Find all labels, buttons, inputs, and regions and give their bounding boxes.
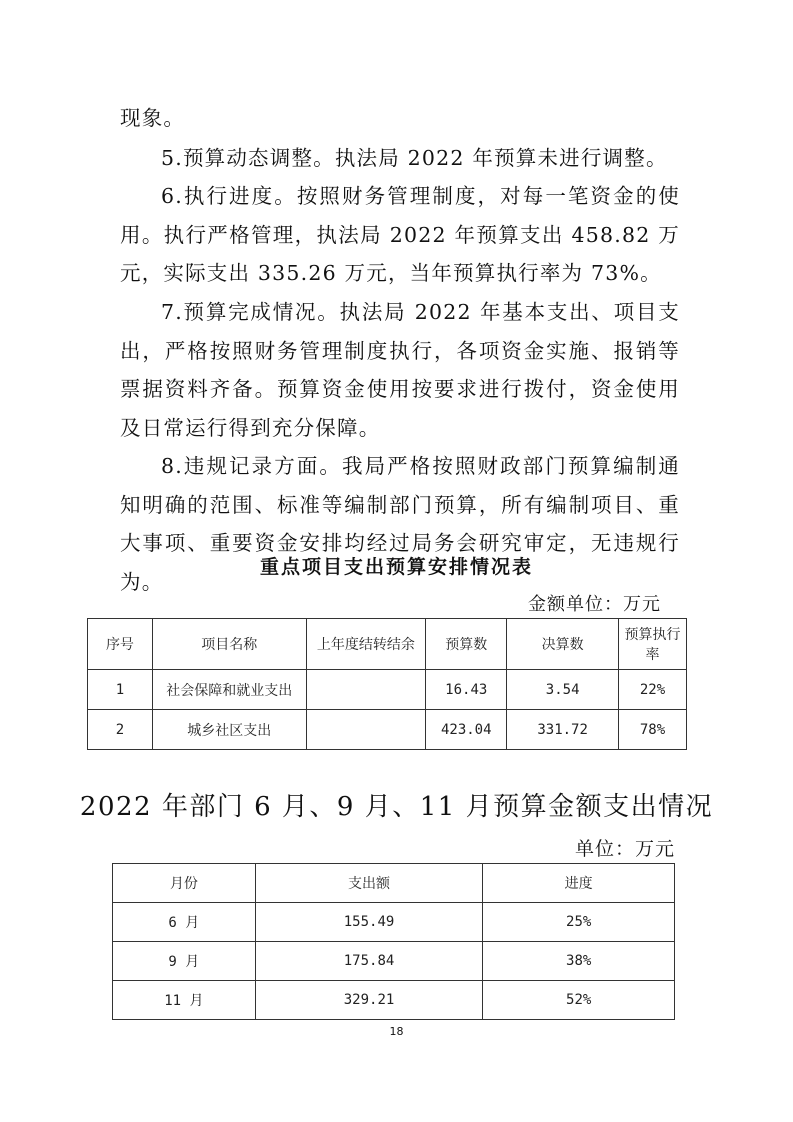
table-cell: 78% [619, 710, 687, 750]
paragraph-budget-adjustment: 5.预算动态调整。执法局 2022 年预算未进行调整。 [120, 139, 680, 178]
table-cell: 175.84 [255, 942, 483, 981]
table-cell: 9 月 [113, 942, 256, 981]
header-cell: 预算执行率 [619, 619, 687, 670]
header-cell: 序号 [88, 619, 153, 670]
table-cell: 11 月 [113, 981, 256, 1020]
header-cell: 预算数 [426, 619, 507, 670]
header-cell: 项目名称 [152, 619, 306, 670]
header-cell: 上年度结转结余 [306, 619, 426, 670]
page-number: 18 [0, 1025, 793, 1038]
monthly-expenditure-table: 月份 支出额 进度 6 月 155.49 25% 9 月 175.84 38% … [112, 863, 675, 1020]
table-cell: 社会保障和就业支出 [152, 670, 306, 710]
table-cell: 城乡社区支出 [152, 710, 306, 750]
key-project-budget-table: 序号 项目名称 上年度结转结余 预算数 决算数 预算执行率 1 社会保障和就业支… [87, 618, 687, 750]
table-header-row: 月份 支出额 进度 [113, 864, 675, 903]
table-cell: 25% [483, 903, 675, 942]
table-cell [306, 670, 426, 710]
table-cell [306, 710, 426, 750]
table-header-row: 序号 项目名称 上年度结转结余 预算数 决算数 预算执行率 [88, 619, 687, 670]
table-cell: 155.49 [255, 903, 483, 942]
table-cell: 52% [483, 981, 675, 1020]
table-cell: 331.72 [507, 710, 619, 750]
paragraph-continuation: 现象。 [120, 99, 680, 138]
table-row: 2 城乡社区支出 423.04 331.72 78% [88, 710, 687, 750]
table-cell: 22% [619, 670, 687, 710]
paragraph-execution-progress: 6.执行进度。按照财务管理制度，对每一笔资金的使用。执行严格管理，执法局 202… [120, 177, 680, 293]
table-cell: 1 [88, 670, 153, 710]
table-cell: 2 [88, 710, 153, 750]
paragraph-budget-completion: 7.预算完成情况。执法局 2022 年基本支出、项目支出，严格按照财务管理制度执… [120, 293, 680, 447]
table-cell: 423.04 [426, 710, 507, 750]
table-row: 9 月 175.84 38% [113, 942, 675, 981]
table-cell: 6 月 [113, 903, 256, 942]
table-cell: 38% [483, 942, 675, 981]
header-cell: 支出额 [255, 864, 483, 903]
table-cell: 16.43 [426, 670, 507, 710]
table-row: 1 社会保障和就业支出 16.43 3.54 22% [88, 670, 687, 710]
table2-title: 2022 年部门 6 月、9 月、11 月预算金额支出情况 [0, 786, 793, 823]
table-row: 11 月 329.21 52% [113, 981, 675, 1020]
header-cell: 决算数 [507, 619, 619, 670]
table-cell: 3.54 [507, 670, 619, 710]
table2-unit: 单位：万元 [575, 834, 675, 861]
header-cell: 进度 [483, 864, 675, 903]
table1-title: 重点项目支出预算安排情况表 [0, 552, 793, 579]
table1-unit: 金额单位：万元 [528, 590, 661, 616]
table-cell: 329.21 [255, 981, 483, 1020]
table-row: 6 月 155.49 25% [113, 903, 675, 942]
header-cell: 月份 [113, 864, 256, 903]
